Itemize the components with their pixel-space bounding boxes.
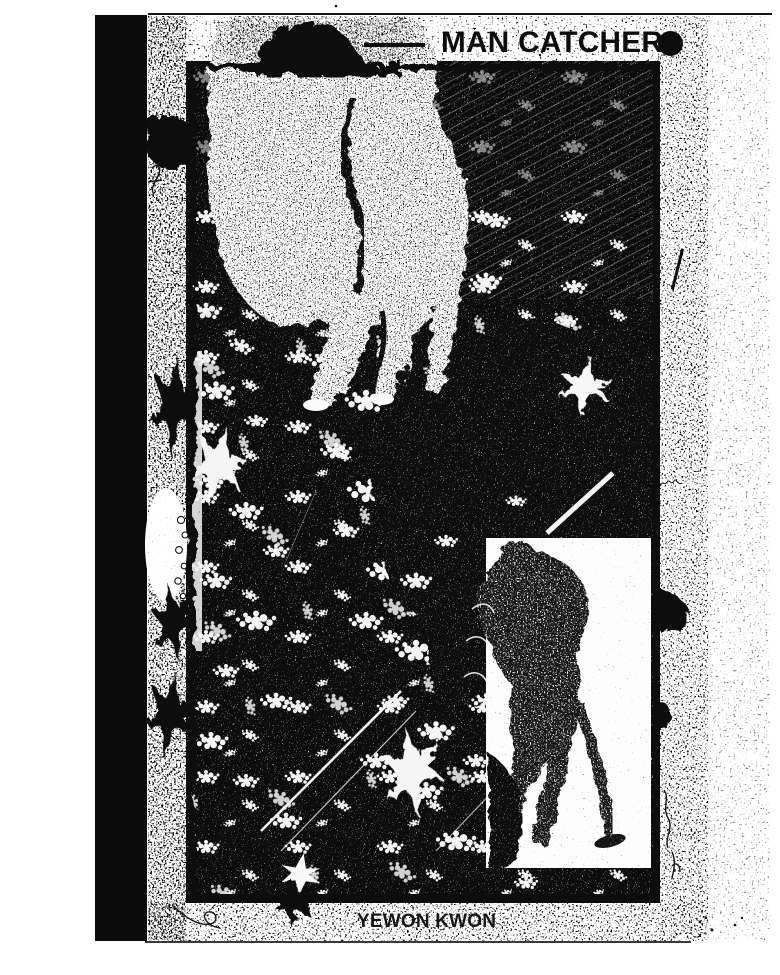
title-rule [364,43,425,47]
page-top-edge [148,13,772,15]
margin-decor [0,0,780,975]
book-author: YEWON KWON [357,911,496,933]
right-margin-grain [660,16,708,940]
title-bullet-icon [658,31,683,56]
page-bottom-edge [145,941,691,943]
scribbles [148,166,682,928]
book-cover: MAN CATCHER YEWON KWON [0,0,780,975]
book-title: MAN CATCHER [441,28,663,58]
